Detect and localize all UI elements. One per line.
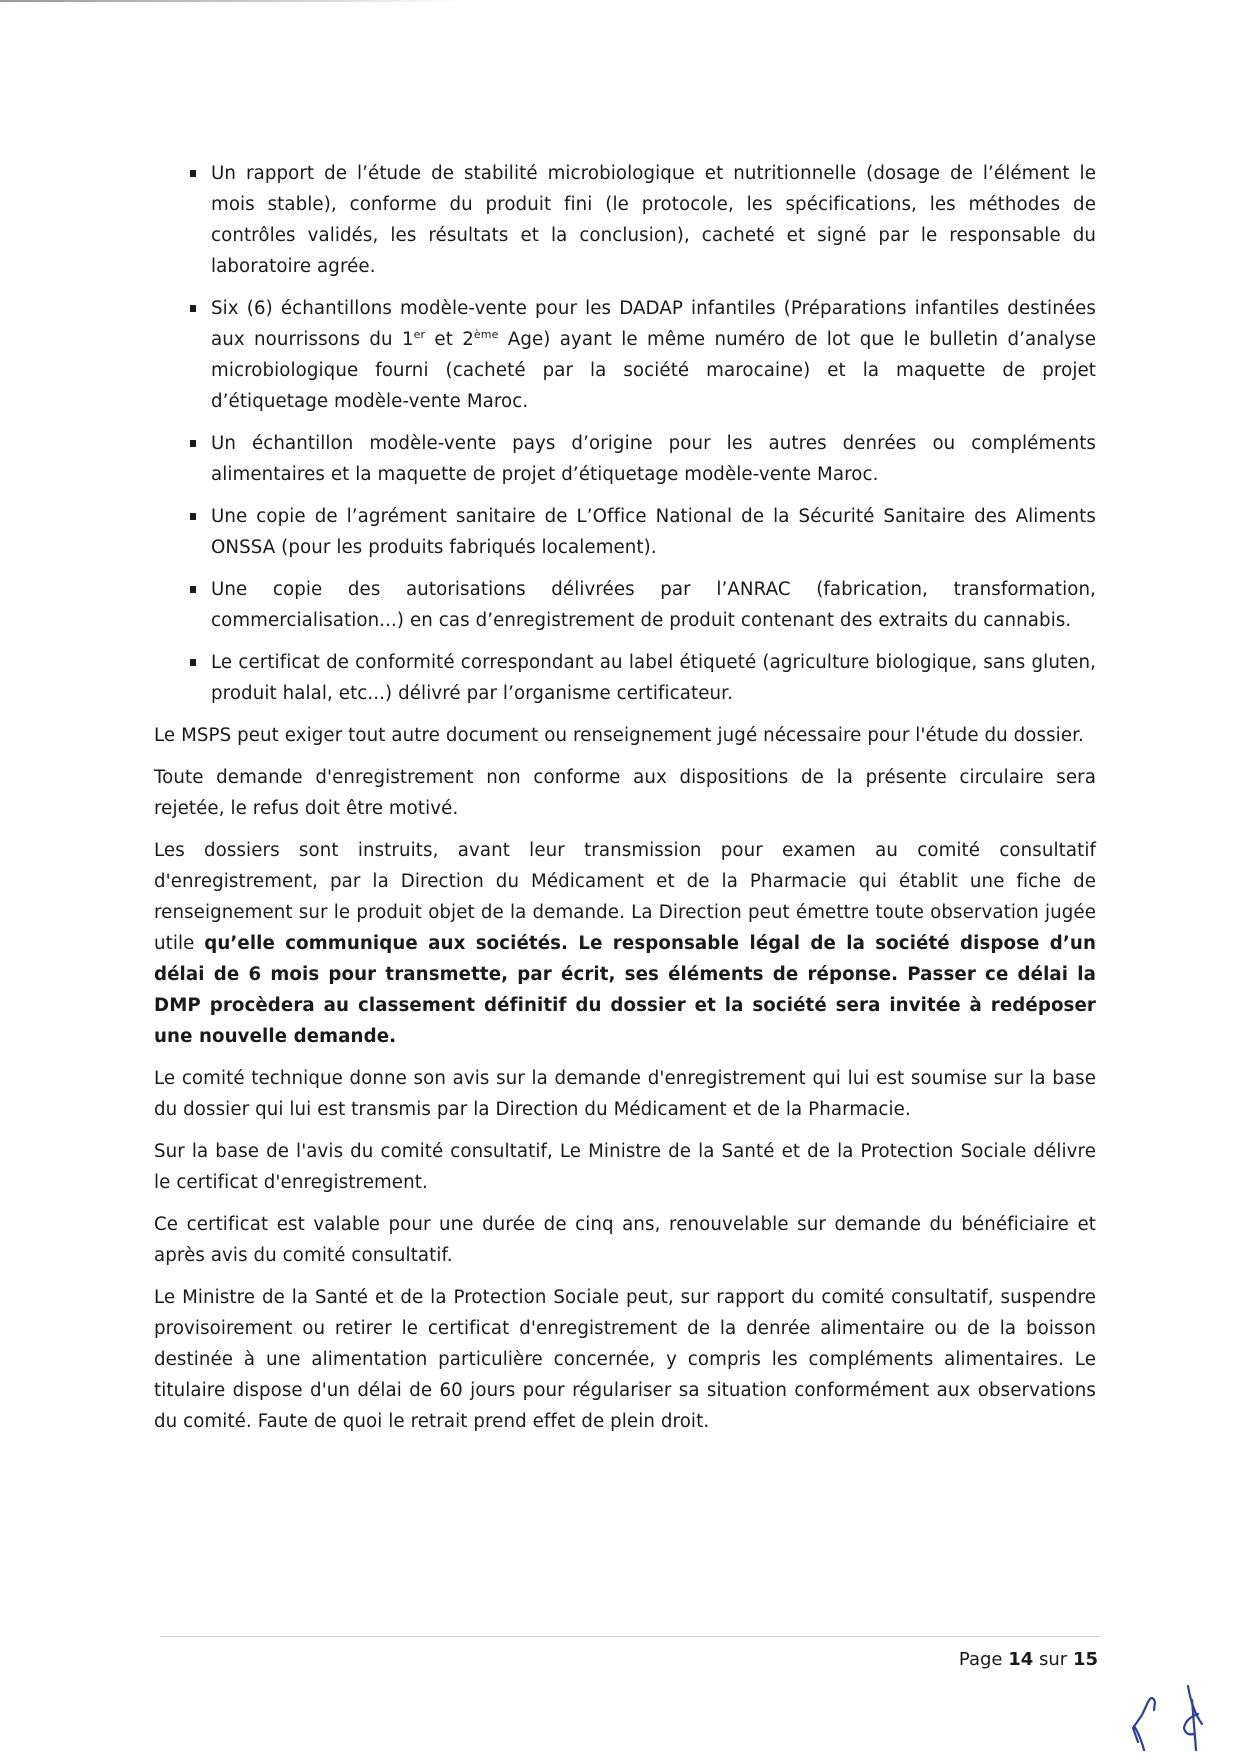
- paragraph-text: Le Ministre de la Santé et de la Protect…: [154, 1287, 1096, 1432]
- page-number: Page 14 sur 15: [959, 1649, 1098, 1670]
- list-item-text: Le certificat de conformité correspondan…: [211, 652, 1096, 704]
- list-item: Le certificat de conformité correspondan…: [154, 647, 1096, 709]
- paragraph-text: Le MSPS peut exiger tout autre document …: [154, 725, 1084, 746]
- paragraph-text: Ce certificat est valable pour une durée…: [154, 1214, 1096, 1266]
- paragraph-certificate-issuance: Sur la base de l'avis du comité consulta…: [154, 1136, 1096, 1198]
- paragraph-suspension: Le Ministre de la Santé et de la Protect…: [154, 1282, 1096, 1437]
- paragraph-text: Sur la base de l'avis du comité consulta…: [154, 1141, 1096, 1193]
- footer-divider: [160, 1636, 1100, 1637]
- paragraph-rejection: Toute demande d'enregistrement non confo…: [154, 762, 1096, 824]
- scan-edge-line: [0, 0, 460, 2]
- superscript-er: er: [414, 328, 426, 341]
- paragraph-validity: Ce certificat est valable pour une durée…: [154, 1209, 1096, 1271]
- page-current: 14: [1008, 1649, 1033, 1670]
- square-bullet-icon: [190, 659, 196, 666]
- paragraph-text: Toute demande d'enregistrement non confo…: [154, 767, 1096, 819]
- list-item-text: Une copie des autorisations délivrées pa…: [211, 579, 1096, 631]
- superscript-eme: ème: [474, 328, 499, 341]
- list-item-text: Un rapport de l’étude de stabilité micro…: [211, 163, 1096, 277]
- page-total: 15: [1073, 1649, 1098, 1670]
- paragraph-technical-committee: Le comité technique donne son avis sur l…: [154, 1063, 1096, 1125]
- square-bullet-icon: [190, 586, 196, 593]
- list-item-text: et 2: [425, 329, 474, 350]
- page-separator: sur: [1039, 1649, 1067, 1670]
- list-item-text: Un échantillon modèle-vente pays d’origi…: [211, 433, 1096, 485]
- page-label: Page: [959, 1649, 1003, 1670]
- list-item: Une copie de l’agrément sanitaire de L’O…: [154, 501, 1096, 563]
- paragraph-instruction: Les dossiers sont instruits, avant leur …: [154, 835, 1096, 1052]
- paragraph-msps-documents: Le MSPS peut exiger tout autre document …: [154, 720, 1096, 751]
- square-bullet-icon: [190, 305, 196, 312]
- square-bullet-icon: [190, 440, 196, 447]
- list-item: Six (6) échantillons modèle-vente pour l…: [154, 293, 1096, 417]
- required-documents-list: Un rapport de l’étude de stabilité micro…: [154, 158, 1096, 709]
- handwritten-initials-icon: [1100, 1680, 1240, 1755]
- list-item: Une copie des autorisations délivrées pa…: [154, 574, 1096, 636]
- paragraph-bold-text: qu’elle communique aux sociétés. Le resp…: [154, 933, 1096, 1047]
- list-item-text: Une copie de l’agrément sanitaire de L’O…: [211, 506, 1096, 558]
- list-item: Un échantillon modèle-vente pays d’origi…: [154, 428, 1096, 490]
- square-bullet-icon: [190, 170, 196, 177]
- paragraph-text: Le comité technique donne son avis sur l…: [154, 1068, 1096, 1120]
- document-body: Un rapport de l’étude de stabilité micro…: [154, 158, 1096, 1448]
- list-item: Un rapport de l’étude de stabilité micro…: [154, 158, 1096, 282]
- square-bullet-icon: [190, 513, 196, 520]
